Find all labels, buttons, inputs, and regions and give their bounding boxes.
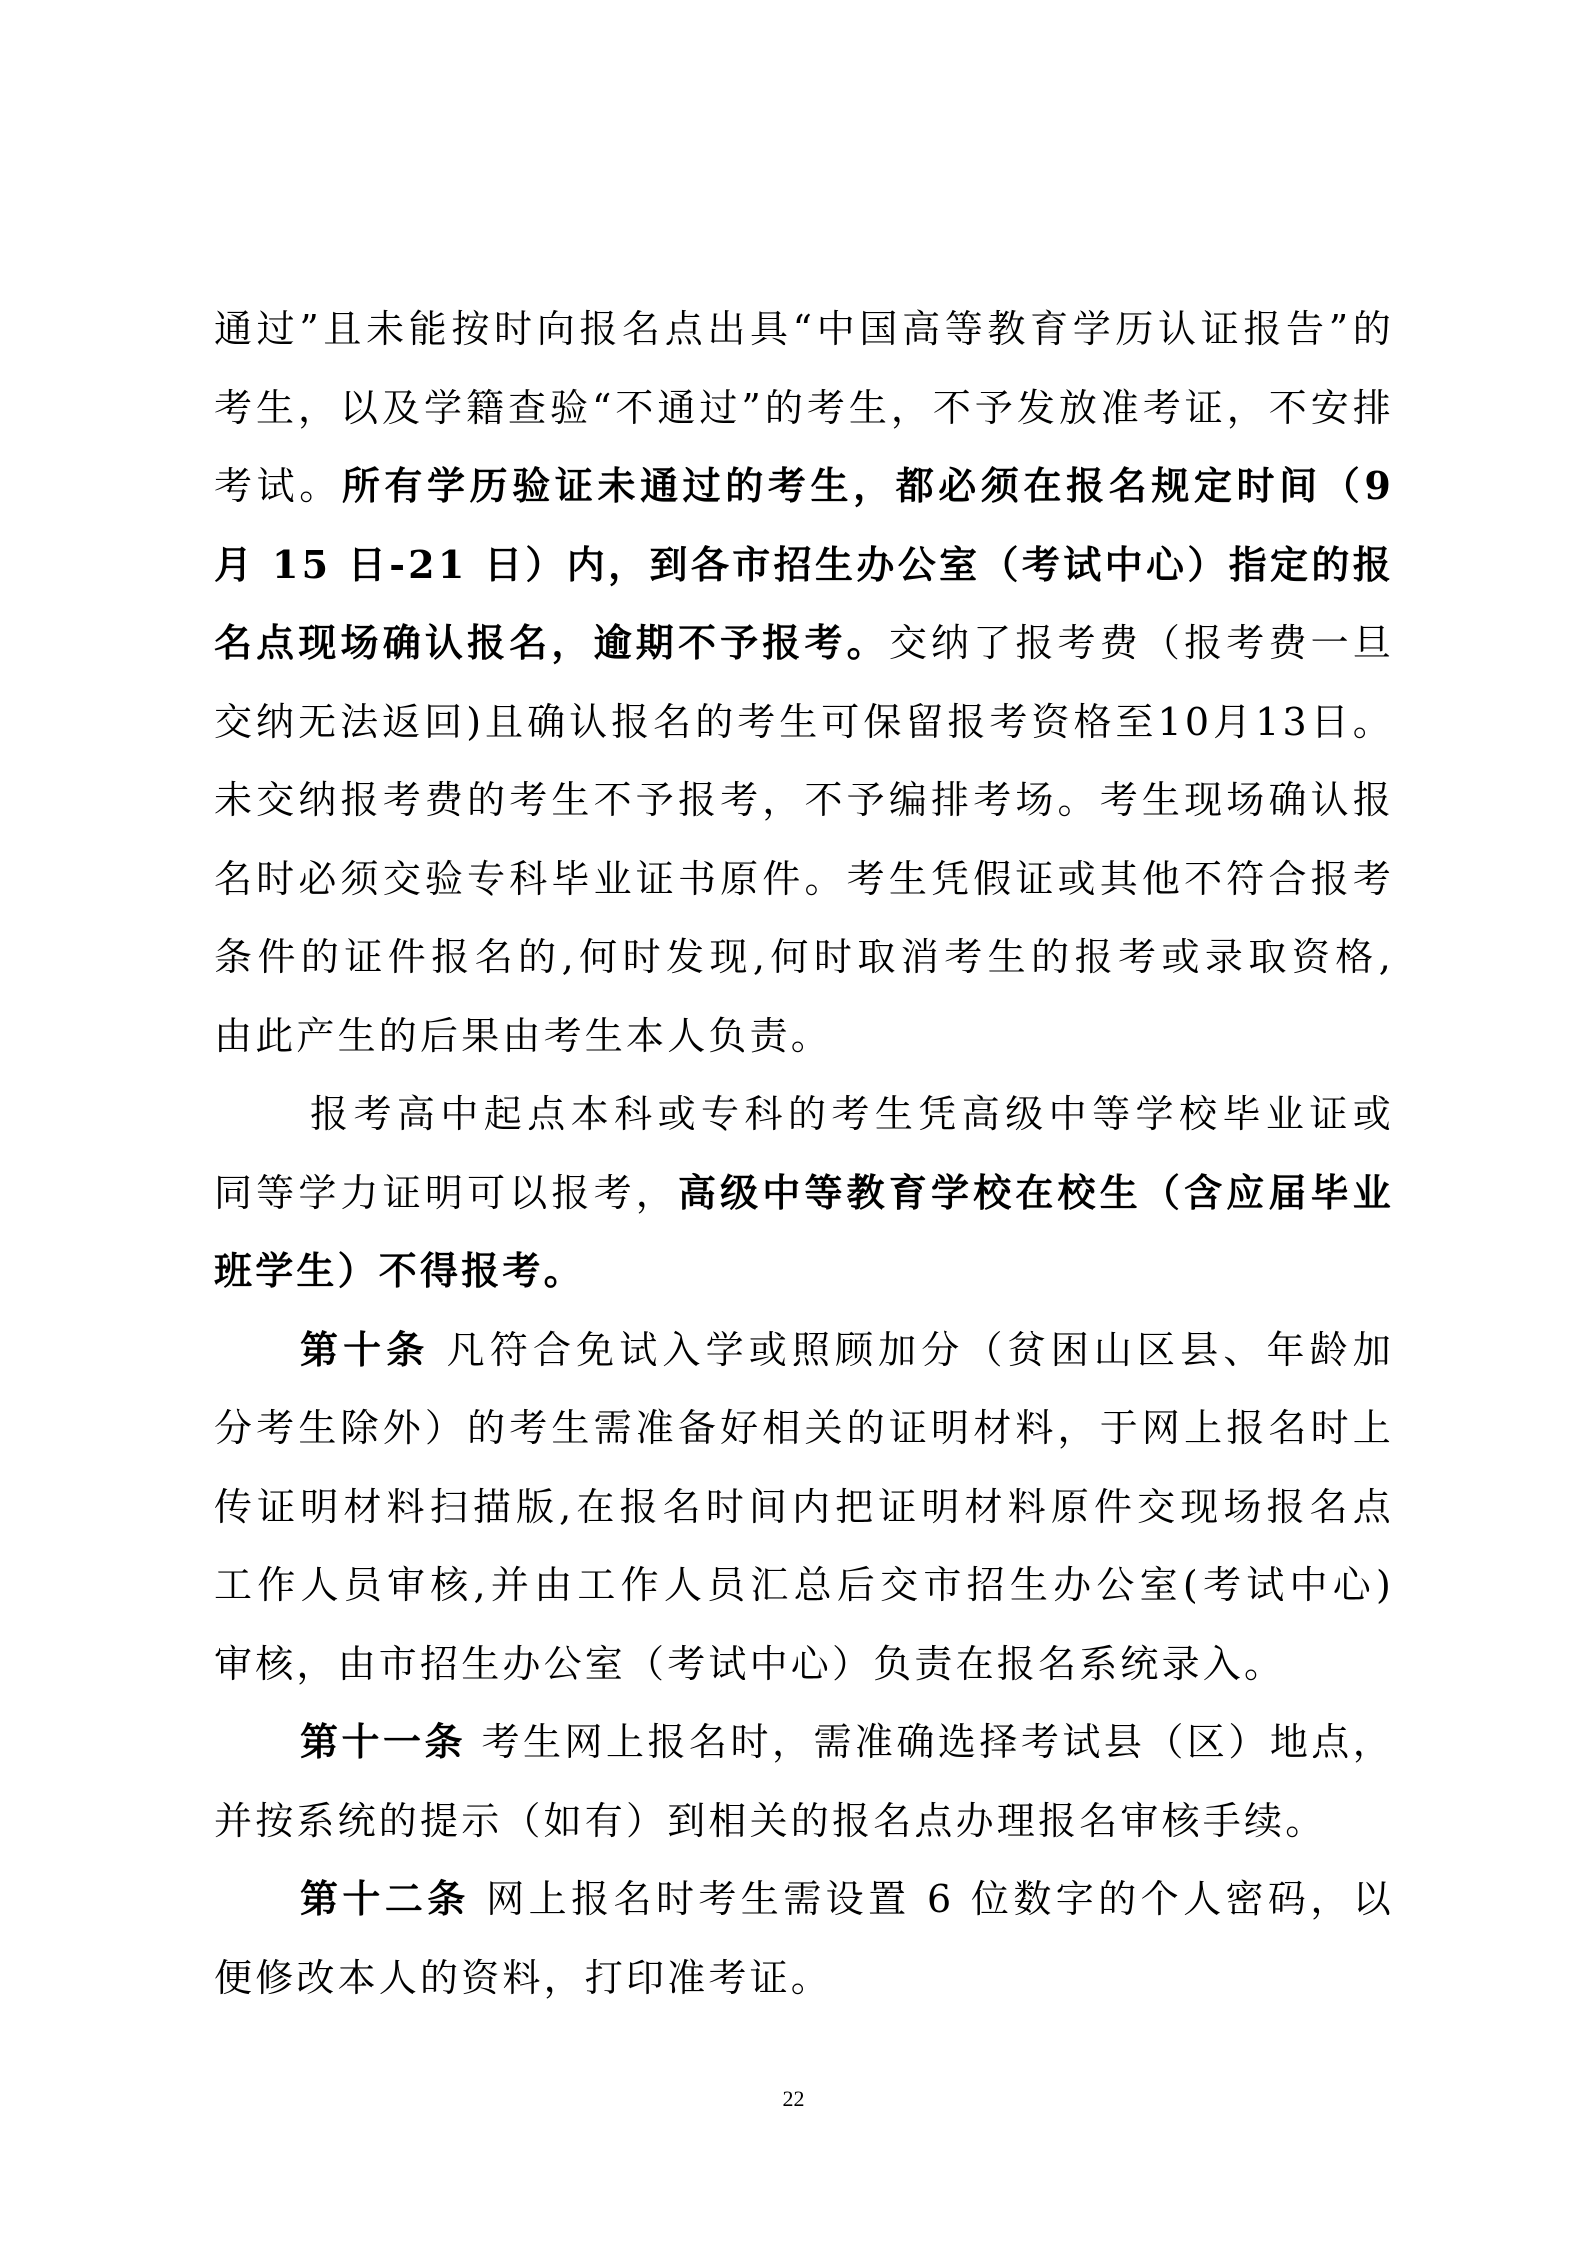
text-line: 便修改本人的资料，打印准考证。 [214, 1939, 1394, 2018]
text-segment: 交纳无法返回)且确认报名的考生可保留报考资格至10月13日。 [214, 700, 1394, 744]
article-12-first-line: 第十二条 网上报名时考生需设置 6 位数字的个人密码，以 [214, 1860, 1394, 1939]
bold-text-segment: 班学生）不得报考。 [214, 1248, 585, 1293]
text-line: 工作人员审核,并由工作人员汇总后交市招生办公室(考试中心) [214, 1546, 1394, 1625]
text-line: 条件的证件报名的,何时发现,何时取消考生的报考或录取资格, [214, 918, 1394, 997]
text-segment: 工作人员审核,并由工作人员汇总后交市招生办公室(考试中心) [214, 1563, 1394, 1607]
text-segment: 便修改本人的资料，打印准考证。 [214, 1956, 832, 2000]
text-line: 未交纳报考费的考生不予报考，不予编排考场。考生现场确认报 [214, 761, 1394, 840]
article-heading: 第十条 [300, 1327, 429, 1372]
text-segment: 考试。 [214, 464, 342, 508]
text-segment: 分考生除外）的考生需准备好相关的证明材料，于网上报名时上 [214, 1406, 1394, 1450]
article-10-first-line: 第十条 凡符合免试入学或照顾加分（贫困山区县、年龄加 [214, 1311, 1394, 1390]
text-segment: 网上报名时考生需设置 6 位数字的个人密码，以 [470, 1877, 1394, 1921]
text-segment: 凡符合免试入学或照顾加分（贫困山区县、年龄加 [429, 1328, 1394, 1372]
text-line: 同等学力证明可以报考，高级中等教育学校在校生（含应届毕业 [214, 1154, 1394, 1233]
text-line: 考试。所有学历验证未通过的考生，都必须在报名规定时间（9 [214, 447, 1394, 526]
text-line: 通过”且未能按时向报名点出具“中国高等教育学历认证报告”的 [214, 290, 1394, 369]
text-line: 考生，以及学籍查验“不通过”的考生，不予发放准考证，不安排 [214, 369, 1394, 448]
text-line: 班学生）不得报考。 [214, 1232, 1394, 1311]
text-line: 名点现场确认报名，逾期不予报考。交纳了报考费（报考费一旦 [214, 604, 1394, 683]
text-segment: 交纳了报考费（报考费一旦 [889, 621, 1394, 665]
article-11-first-line: 第十一条 考生网上报名时，需准确选择考试县（区）地点， [214, 1703, 1394, 1782]
text-segment: 通过”且未能按时向报名点出具“中国高等教育学历认证报告”的 [214, 307, 1394, 351]
text-line: 月 15 日-21 日）内，到各市招生办公室（考试中心）指定的报 [214, 526, 1394, 605]
text-line: 分考生除外）的考生需准备好相关的证明材料，于网上报名时上 [214, 1389, 1394, 1468]
document-body: 通过”且未能按时向报名点出具“中国高等教育学历认证报告”的 考生，以及学籍查验“… [214, 290, 1394, 2017]
bold-text-segment: 名点现场确认报名，逾期不予报考。 [214, 620, 889, 665]
text-line: 传证明材料扫描版,在报名时间内把证明材料原件交现场报名点 [214, 1468, 1394, 1547]
text-segment: 未交纳报考费的考生不予报考，不予编排考场。考生现场确认报 [214, 778, 1394, 822]
bold-text-segment: 月 15 日-21 日）内，到各市招生办公室（考试中心）指定的报 [214, 542, 1394, 587]
text-line: 审核，由市招生办公室（考试中心）负责在报名系统录入。 [214, 1625, 1394, 1704]
article-heading: 第十二条 [300, 1876, 470, 1921]
text-line: 并按系统的提示（如有）到相关的报名点办理报名审核手续。 [214, 1782, 1394, 1861]
text-line: 名时必须交验专科毕业证书原件。考生凭假证或其他不符合报考 [214, 840, 1394, 919]
bold-text-segment: 高级中等教育学校在校生（含应届毕业 [678, 1170, 1394, 1215]
text-segment: 审核，由市招生办公室（考试中心）负责在报名系统录入。 [214, 1642, 1285, 1686]
text-segment: 由此产生的后果由考生本人负责。 [214, 1014, 832, 1058]
text-segment: 同等学力证明可以报考， [214, 1171, 678, 1215]
text-segment: 名时必须交验专科毕业证书原件。考生凭假证或其他不符合报考 [214, 857, 1394, 901]
text-segment: 并按系统的提示（如有）到相关的报名点办理报名审核手续。 [214, 1799, 1326, 1843]
paragraph-first-line: 报考高中起点本科或专科的考生凭高级中等学校毕业证或 [214, 1075, 1394, 1154]
page-number: 22 [0, 2086, 1587, 2112]
article-heading: 第十一条 [300, 1719, 466, 1764]
text-line: 交纳无法返回)且确认报名的考生可保留报考资格至10月13日。 [214, 683, 1394, 762]
text-segment: 考生网上报名时，需准确选择考试县（区）地点， [466, 1720, 1394, 1764]
text-segment: 报考高中起点本科或专科的考生凭高级中等学校毕业证或 [310, 1092, 1394, 1136]
bold-text-segment: 所有学历验证未通过的考生，都必须在报名规定时间（9 [342, 463, 1394, 508]
document-page: 通过”且未能按时向报名点出具“中国高等教育学历认证报告”的 考生，以及学籍查验“… [0, 0, 1587, 2245]
text-segment: 传证明材料扫描版,在报名时间内把证明材料原件交现场报名点 [214, 1485, 1394, 1529]
text-segment: 考生，以及学籍查验“不通过”的考生，不予发放准考证，不安排 [214, 386, 1394, 430]
text-segment: 条件的证件报名的,何时发现,何时取消考生的报考或录取资格, [214, 935, 1394, 979]
text-line: 由此产生的后果由考生本人负责。 [214, 997, 1394, 1076]
